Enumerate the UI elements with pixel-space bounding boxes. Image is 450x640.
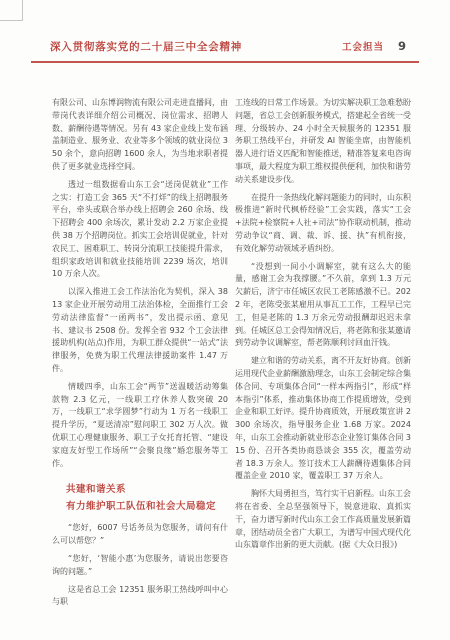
paragraph: “您好，‘智能小惠’为您服务，请说出您要咨询的问题。” xyxy=(52,553,228,579)
left-column: 有限公司、山东博润物流有限公司走进直播间，由带岗代表详细介绍公司概况、岗位需求、… xyxy=(52,97,228,614)
paragraph: 建立和谐的劳动关系，离不开友好协商。创新运用现代企业薪酬激励理念，山东工会制定综… xyxy=(235,355,411,483)
paragraph: 有限公司、山东博润物流有限公司走进直播间，由带岗代表详细介绍公司概况、岗位需求、… xyxy=(52,97,228,174)
paragraph: 工连线的日常工作场景。为切实解决职工急难愁盼问题，省总工会创新服务模式，搭建起全… xyxy=(235,97,411,187)
paragraph: “没想到一间小小调解室，就有这么大的能量，感谢工会为我撑腰。”不久前，拿到 1.… xyxy=(235,261,411,351)
page-number: 9 xyxy=(398,39,406,53)
article-body: 有限公司、山东博润物流有限公司走进直播间，由带岗代表详细介绍公司概况、岗位需求、… xyxy=(52,97,411,614)
paragraph: 在提升一条热线化解问题能力的同时，山东积极推进“新时代枫桥经验”工会实践，落实“… xyxy=(235,192,411,256)
section-heading: 共建和谐关系 有力维护职工队伍和社会大局稳定 xyxy=(52,481,228,515)
section-heading-line2: 有力维护职工队伍和社会大局稳定 xyxy=(66,498,228,515)
section-heading-line1: 共建和谐关系 xyxy=(66,481,228,498)
paragraph: 情暖四季，山东工会“两节”送温暖活动筹集款物 2.3 亿元，一线职工疗休养人数突… xyxy=(52,381,228,471)
header-rule xyxy=(31,61,419,63)
paragraph: 透过一组数据看山东工会“送岗促就业”工作之实：打造工会 365 天“不打烊”的线… xyxy=(52,179,228,281)
print-corner-mark xyxy=(0,0,23,21)
right-column: 工连线的日常工作场景。为切实解决职工急难愁盼问题，省总工会创新服务模式，搭建起全… xyxy=(235,97,411,614)
header-column-label: 工会担当 xyxy=(342,39,384,53)
paragraph: 这是省总工会 12351 服务职工热线呼叫中心与职 xyxy=(52,584,228,610)
header-slogan: 深入贯彻落实党的二十届三中全会精神 xyxy=(50,39,242,54)
paragraph: 以深入推进工会工作法治化为契机，深入 3813 家企业开展劳动用工法治体检，全面… xyxy=(52,286,228,376)
paragraph: “您好，6007 号话务员为您服务，请问有什么可以帮您？” xyxy=(52,522,228,548)
header-right-group: 工会担当 9 xyxy=(342,39,406,53)
page-header: 深入贯彻落实党的二十届三中全会精神 工会担当 9 xyxy=(50,39,406,54)
magazine-page: 深入贯彻落实党的二十届三中全会精神 工会担当 9 有限公司、山东博润物流有限公司… xyxy=(0,0,450,640)
paragraph: 胸怀大局勇担当，笃行实干启新程。山东工会将在省委、全总坚强领导下，锐意进取、真抓… xyxy=(235,488,411,552)
